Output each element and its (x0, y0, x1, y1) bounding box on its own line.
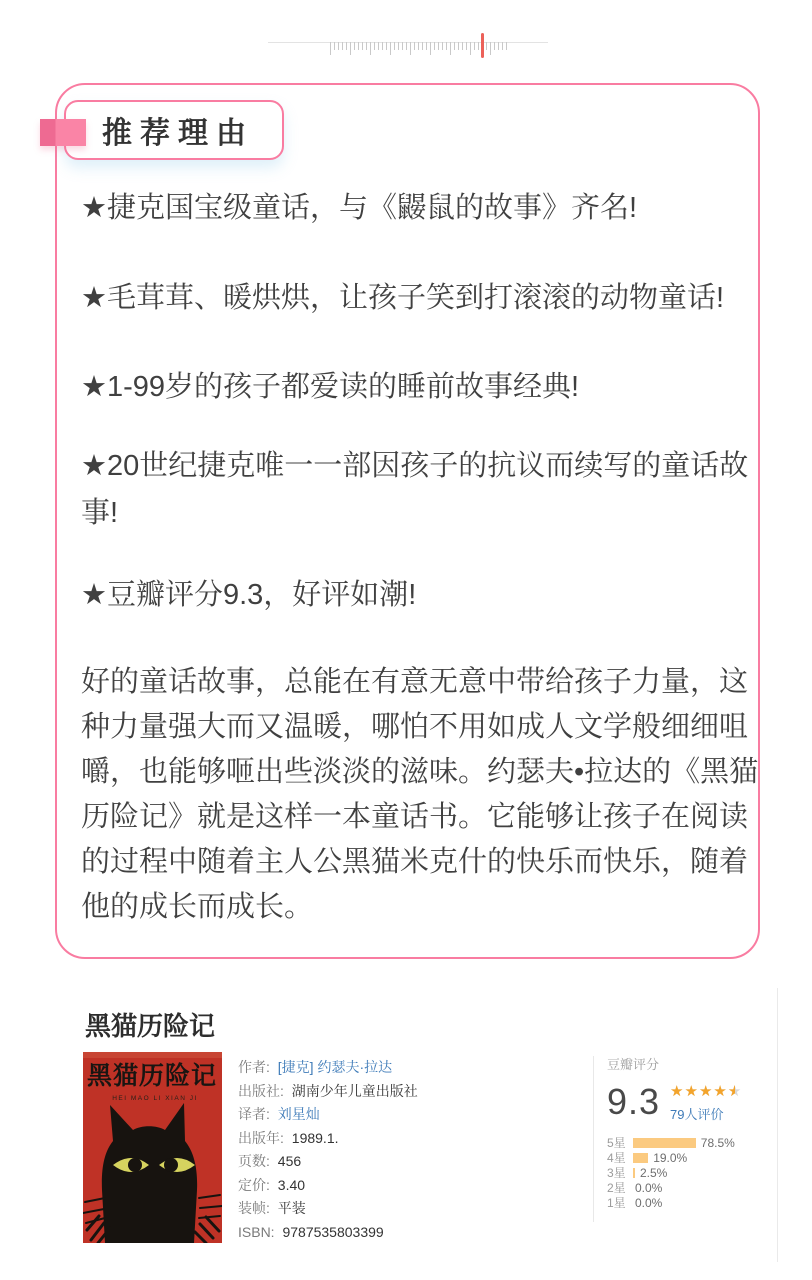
distribution-row: 4星 19.0% (607, 1150, 775, 1165)
star-rating: ★★★★★ ★★★★★ (670, 1084, 742, 1100)
bullet-point: ★捷克国宝级童话，与《鼹鼠的故事》齐名! (81, 185, 760, 232)
cover-title-text: 黑猫历险记 (87, 1061, 217, 1090)
isbn-value: 9787535803399 (282, 1224, 383, 1240)
rating-percent: 0.0% (635, 1181, 662, 1195)
rating-bar (633, 1138, 696, 1148)
rating-percent: 2.5% (640, 1166, 667, 1180)
rating-distribution: 5星 78.5% 4星 19.0% 3星 2.5% 2星 0.0% 1星 0.0… (607, 1135, 775, 1210)
rating-percent: 78.5% (701, 1136, 735, 1150)
distribution-row: 5星 78.5% (607, 1135, 775, 1150)
rating-bar (633, 1168, 635, 1178)
binding-value: 平装 (278, 1200, 306, 1216)
bullet-point: ★1-99岁的孩子都爱读的睡前故事经典! (81, 364, 760, 411)
meta-label: 作者: (238, 1059, 270, 1075)
meta-row-pubyear: 出版年: 1989.1. (238, 1127, 418, 1151)
stars-filled: ★★★★★ (670, 1084, 735, 1100)
bullet-point: ★毛茸茸、暖烘烘，让孩子笑到打滚滚的动物童话! (81, 275, 760, 322)
book-metadata: 作者: [捷克] 约瑟夫·拉达 出版社: 湖南少年儿童出版社 译者: 刘星灿 出… (238, 1056, 418, 1244)
meta-row-pages: 页数: 456 (238, 1150, 418, 1174)
meta-row-translator: 译者: 刘星灿 (238, 1103, 418, 1127)
meta-label: 译者: (238, 1106, 270, 1122)
recommendation-header: 推荐理由 (64, 100, 284, 160)
bullet-point: ★豆瓣评分9.3，好评如潮! (81, 572, 760, 619)
meta-row-publisher: 出版社: 湖南少年儿童出版社 (238, 1080, 418, 1104)
douban-rating-panel: 豆瓣评分 9.3 ★★★★★ ★★★★★ 79人评价 5星 78.5% 4星 1… (607, 1054, 775, 1210)
meta-row-author: 作者: [捷克] 约瑟夫·拉达 (238, 1056, 418, 1080)
douban-panel-separator (593, 1056, 594, 1222)
star-level-label: 1星 (607, 1194, 633, 1211)
pink-tab-decoration (40, 119, 86, 146)
rating-percent: 0.0% (635, 1196, 662, 1210)
cover-pinyin-text: HEI MAO LI XIAN JI (112, 1095, 198, 1102)
meta-row-isbn: ISBN: 9787535803399 (238, 1221, 418, 1245)
distribution-row: 1星 0.0% (607, 1195, 775, 1210)
meta-label: 装帧: (238, 1200, 270, 1216)
ruler-cursor-marker (481, 33, 484, 58)
meta-label: ISBN: (238, 1224, 275, 1240)
meta-row-binding: 装帧: 平装 (238, 1197, 418, 1221)
douban-rating-heading: 豆瓣评分 (607, 1054, 775, 1073)
rating-percent: 19.0% (653, 1151, 687, 1165)
distribution-row: 3星 2.5% (607, 1165, 775, 1180)
rating-bar (633, 1153, 648, 1163)
douban-score: 9.3 (607, 1083, 660, 1121)
meta-label: 出版年: (238, 1130, 284, 1146)
recommendation-paragraph: 好的童话故事，总能在有意无意中带给孩子力量，这种力量强大而又温暖，哪怕不用如成人… (81, 660, 760, 930)
pages-value: 456 (278, 1153, 301, 1169)
translator-link[interactable]: 刘星灿 (278, 1106, 320, 1122)
meta-label: 出版社: (238, 1083, 284, 1099)
meta-label: 页数: (238, 1153, 270, 1169)
price-value: 3.40 (278, 1177, 305, 1193)
right-column-separator (777, 988, 778, 1262)
ratings-count-link[interactable]: 79人评价 (670, 1104, 742, 1123)
publisher-value: 湖南少年儿童出版社 (292, 1083, 418, 1099)
author-link[interactable]: [捷克] 约瑟夫·拉达 (278, 1059, 392, 1075)
cover-edge (83, 1052, 222, 1058)
ruler-decoration (268, 32, 548, 64)
distribution-row: 2星 0.0% (607, 1180, 775, 1195)
recommendation-title: 推荐理由 (102, 108, 254, 152)
meta-label: 定价: (238, 1177, 270, 1193)
book-title: 黑猫历险记 (85, 1006, 215, 1043)
meta-row-price: 定价: 3.40 (238, 1174, 418, 1198)
book-cover-image[interactable]: 黑猫历险记 HEI MAO LI XIAN JI (83, 1052, 222, 1243)
bullet-point: ★20世纪捷克唯一一部因孩子的抗议而续写的童话故事! (81, 443, 760, 537)
pubyear-value: 1989.1. (292, 1130, 339, 1146)
